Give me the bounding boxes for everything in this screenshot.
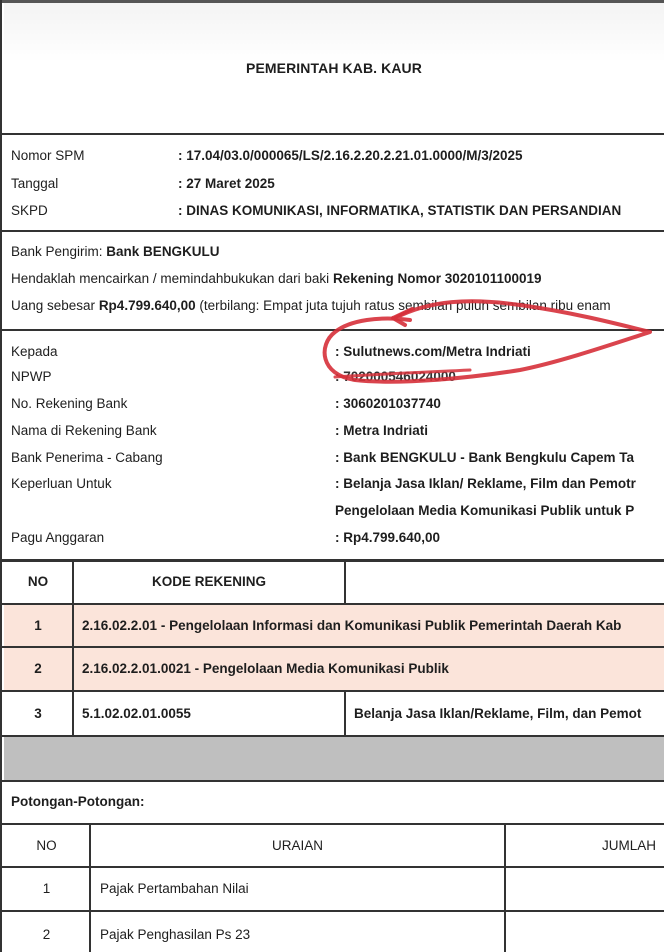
keperluan-label: Keperluan Untuk: [11, 476, 112, 491]
divider: [2, 133, 664, 135]
col-divider: [504, 824, 506, 952]
divider: [2, 230, 664, 232]
rekening-nomor: Rekening Nomor 3020101100019: [333, 271, 542, 286]
table-top-border: [2, 559, 664, 562]
table-row-2-text: 2.16.02.2.01.0021 - Pengelolaan Media Ko…: [82, 661, 449, 676]
uang-line: Uang sebesar Rp4.799.640,00 (terbilang: …: [11, 298, 611, 313]
divider: [2, 866, 664, 868]
bank-penerima-label: Bank Penerima - Cabang: [11, 450, 163, 465]
tanggal-value: : 27 Maret 2025: [178, 176, 275, 191]
uang-label: Uang sebesar: [11, 298, 99, 313]
npwp-label: NPWP: [11, 369, 52, 384]
table-row-3-uraian: Belanja Jasa Iklan/Reklame, Film, dan Pe…: [354, 706, 641, 721]
table-header-no: NO: [4, 574, 72, 589]
header-background: [4, 2, 664, 62]
kepada-value: : Sulutnews.com/Metra Indriati: [335, 344, 531, 359]
nama-rekening-value: : Metra Indriati: [335, 423, 428, 438]
keperluan-value-2: Pengelolaan Media Komunikasi Publik untu…: [335, 503, 634, 518]
col-divider: [344, 691, 346, 736]
divider: [2, 910, 664, 912]
pagu-label: Pagu Anggaran: [11, 530, 104, 545]
page-title: PEMERINTAH KAB. KAUR: [2, 60, 664, 76]
npwp-value: : 702000546024000: [335, 369, 456, 384]
potongan-row-2-no: 2: [4, 927, 89, 942]
divider: [2, 690, 664, 692]
kepada-label: Kepada: [11, 344, 58, 359]
skpd-value: : DINAS KOMUNIKASI, INFORMATIKA, STATIST…: [178, 203, 621, 218]
instruksi-text: Hendaklah mencairkan / memindahbukukan d…: [11, 271, 333, 286]
divider: [2, 735, 664, 737]
pagu-value: : Rp4.799.640,00: [335, 530, 440, 545]
table-row-1-text: 2.16.02.2.01 - Pengelolaan Informasi dan…: [82, 618, 621, 633]
table-row-3-no: 3: [4, 706, 72, 721]
potongan-header-uraian: URAIAN: [91, 838, 504, 853]
potongan-header-jumlah: JUMLAH: [602, 838, 656, 853]
divider: [2, 780, 664, 782]
nomor-spm-value: : 17.04/03.0/000065/LS/2.16.2.20.2.21.01…: [178, 148, 523, 163]
bank-pengirim-label: Bank Pengirim:: [11, 244, 106, 259]
table-row-1-no: 1: [4, 618, 72, 633]
nomor-spm-label: Nomor SPM: [11, 148, 85, 163]
divider: [2, 646, 664, 648]
bank-penerima-value: : Bank BENGKULU - Bank Bengkulu Capem Ta: [335, 450, 634, 465]
nama-rekening-label: Nama di Rekening Bank: [11, 423, 157, 438]
top-border: [2, 0, 664, 3]
norek-label: No. Rekening Bank: [11, 396, 127, 411]
table-header-kode: KODE REKENING: [74, 574, 344, 589]
norek-value: : 3060201037740: [335, 396, 441, 411]
tanggal-label: Tanggal: [11, 176, 58, 191]
potongan-header-no: NO: [4, 838, 89, 853]
bank-pengirim-value: Bank BENGKULU: [106, 244, 219, 259]
instruksi-line: Hendaklah mencairkan / memindahbukukan d…: [11, 271, 542, 286]
terbilang-text: (terbilang: Empat juta tujuh ratus sembi…: [196, 298, 611, 313]
col-divider: [344, 560, 346, 604]
spm-document: PEMERINTAH KAB. KAUR Nomor SPM : 17.04/0…: [0, 0, 664, 952]
bank-pengirim: Bank Pengirim: Bank BENGKULU: [11, 244, 220, 259]
potongan-row-1-uraian: Pajak Pertambahan Nilai: [100, 881, 249, 896]
skpd-label: SKPD: [11, 203, 48, 218]
uang-value: Rp4.799.640,00: [99, 298, 196, 313]
potongan-row-1-no: 1: [4, 881, 89, 896]
divider: [2, 603, 664, 605]
divider: [2, 329, 664, 331]
divider: [2, 823, 664, 825]
keperluan-value-1: : Belanja Jasa Iklan/ Reklame, Film dan …: [335, 476, 636, 491]
table-row-3-kode: 5.1.02.02.01.0055: [82, 706, 191, 721]
potongan-row-2-uraian: Pajak Penghasilan Ps 23: [100, 927, 250, 942]
potongan-title: Potongan-Potongan:: [11, 794, 144, 809]
table-row-2-no: 2: [4, 661, 72, 676]
gray-band: [4, 736, 664, 780]
